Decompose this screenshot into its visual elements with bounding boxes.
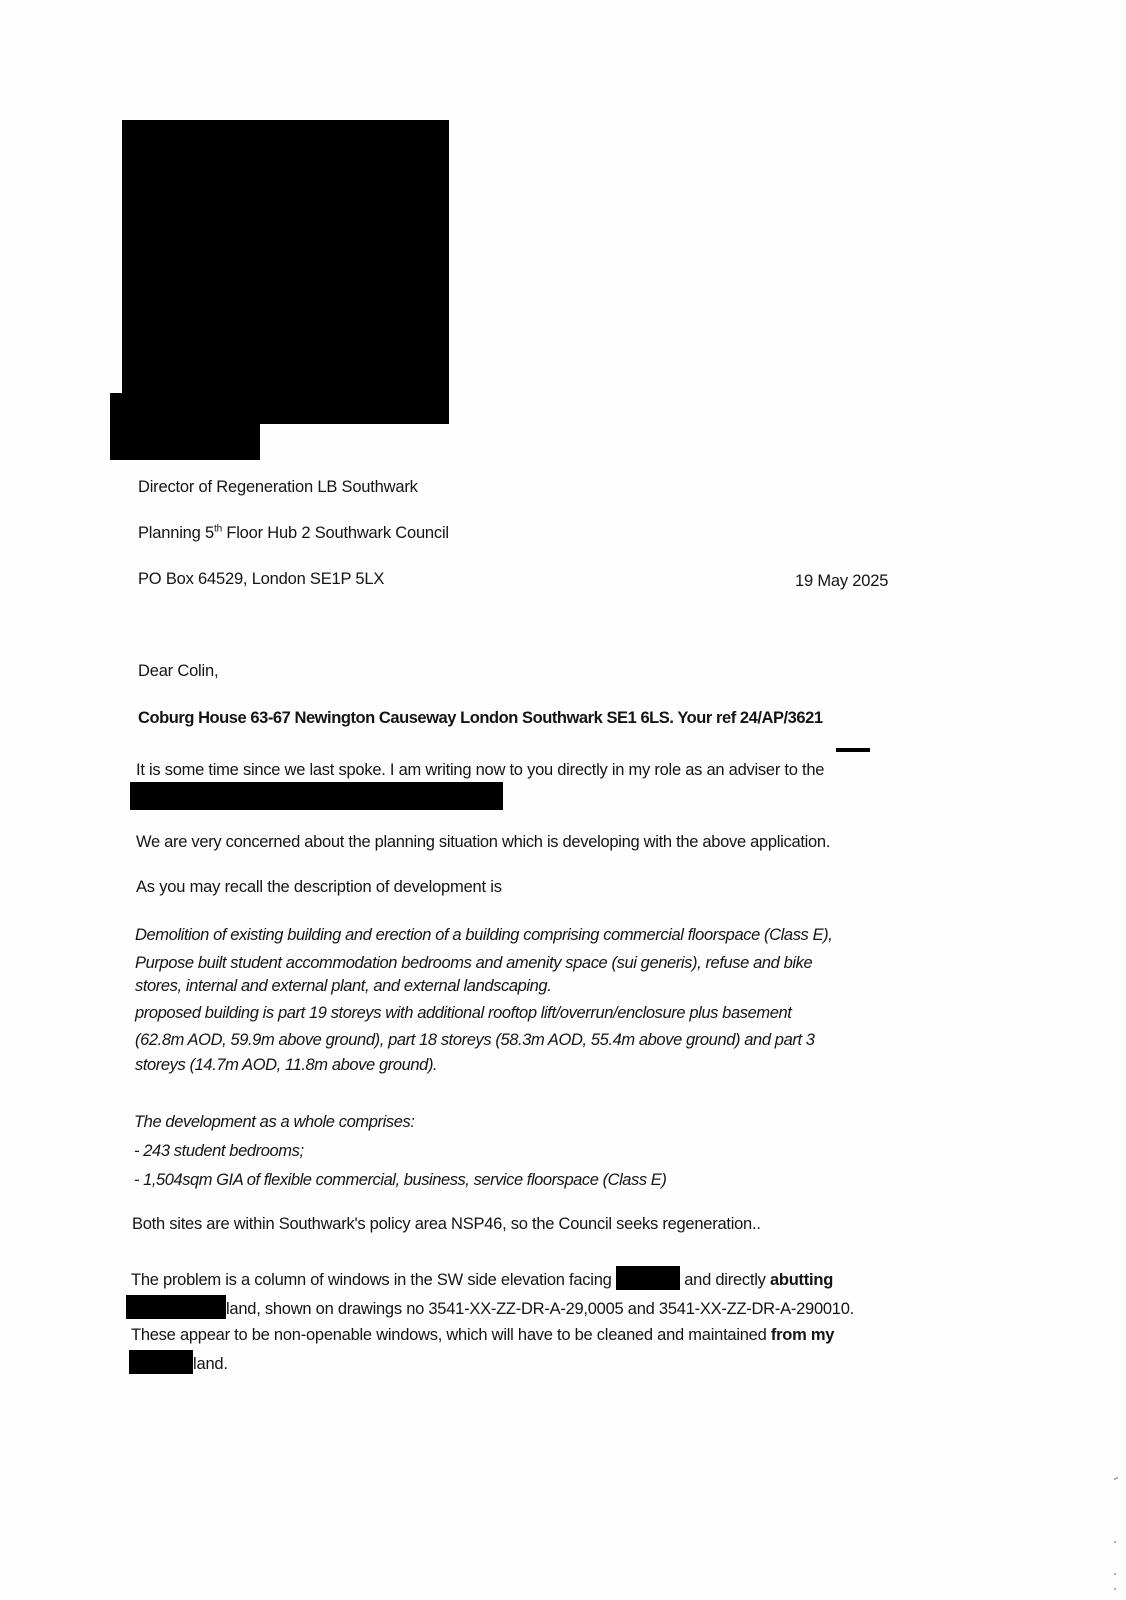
description-line-5: (62.8m AOD, 59.9m above ground), part 18…: [135, 1030, 815, 1050]
problem-line-1-a: The problem is a column of windows in th…: [131, 1271, 616, 1289]
problem-line-3-a: These appear to be non-openable windows,…: [131, 1326, 771, 1344]
problem-line-2: land, shown on drawings no 3541-XX-ZZ-DR…: [126, 1295, 854, 1319]
problem-line-1-b: and directly: [680, 1271, 770, 1289]
redacted-sender-block-lower: [110, 393, 260, 460]
problem-line-2-text: land, shown on drawings no 3541-XX-ZZ-DR…: [226, 1300, 854, 1318]
letter-date: 19 May 2025: [795, 571, 888, 591]
redacted-landowner: [126, 1295, 226, 1319]
redacted-organisation: [130, 782, 503, 810]
letter-page: Director of Regeneration LB Southwark Pl…: [0, 0, 1126, 1600]
problem-line-4-text: land.: [193, 1355, 228, 1373]
description-line-2: Purpose built student accommodation bedr…: [135, 953, 812, 973]
comprises-item-1: - 243 student bedrooms;: [134, 1141, 304, 1161]
recipient-line-2-a: Planning 5: [138, 524, 214, 542]
problem-line-1: The problem is a column of windows in th…: [131, 1266, 833, 1290]
salutation: Dear Colin,: [138, 661, 218, 681]
comprises-item-2: - 1,504sqm GIA of flexible commercial, b…: [134, 1170, 666, 1190]
recipient-line-2-b: Floor Hub 2 Southwark Council: [222, 524, 449, 542]
paragraph-2: We are very concerned about the planning…: [136, 832, 830, 852]
scan-speck: [1114, 1588, 1116, 1590]
description-line-3: stores, internal and external plant, and…: [135, 976, 551, 996]
description-line-4: proposed building is part 19 storeys wit…: [135, 1003, 791, 1023]
redaction-mark: [836, 748, 870, 752]
paragraph-4: Both sites are within Southwark's policy…: [132, 1214, 761, 1234]
scan-speck: [1114, 1573, 1116, 1575]
problem-line-3-b: from my: [771, 1326, 834, 1344]
redacted-sender-block: [122, 120, 449, 424]
redacted-facing: [616, 1266, 680, 1290]
recipient-line-1: Director of Regeneration LB Southwark: [138, 477, 418, 497]
subject-line: Coburg House 63-67 Newington Causeway Lo…: [138, 708, 823, 728]
scan-speck: [1116, 1477, 1118, 1479]
paragraph-3: As you may recall the description of dev…: [136, 877, 502, 897]
paragraph-1: It is some time since we last spoke. I a…: [136, 760, 824, 780]
redacted-land: [129, 1350, 193, 1374]
description-line-6: storeys (14.7m AOD, 11.8m above ground).: [135, 1055, 437, 1075]
recipient-line-3: PO Box 64529, London SE1P 5LX: [138, 569, 384, 589]
scan-speck: [1114, 1541, 1116, 1543]
recipient-line-2: Planning 5th Floor Hub 2 Southwark Counc…: [138, 523, 449, 543]
ordinal-suffix: th: [214, 524, 222, 535]
comprises-heading: The development as a whole comprises:: [134, 1112, 415, 1132]
problem-line-3: These appear to be non-openable windows,…: [131, 1325, 834, 1345]
problem-line-4: land.: [129, 1350, 228, 1374]
description-line-1: Demolition of existing building and erec…: [135, 925, 832, 945]
problem-line-1-c: abutting: [770, 1271, 833, 1289]
